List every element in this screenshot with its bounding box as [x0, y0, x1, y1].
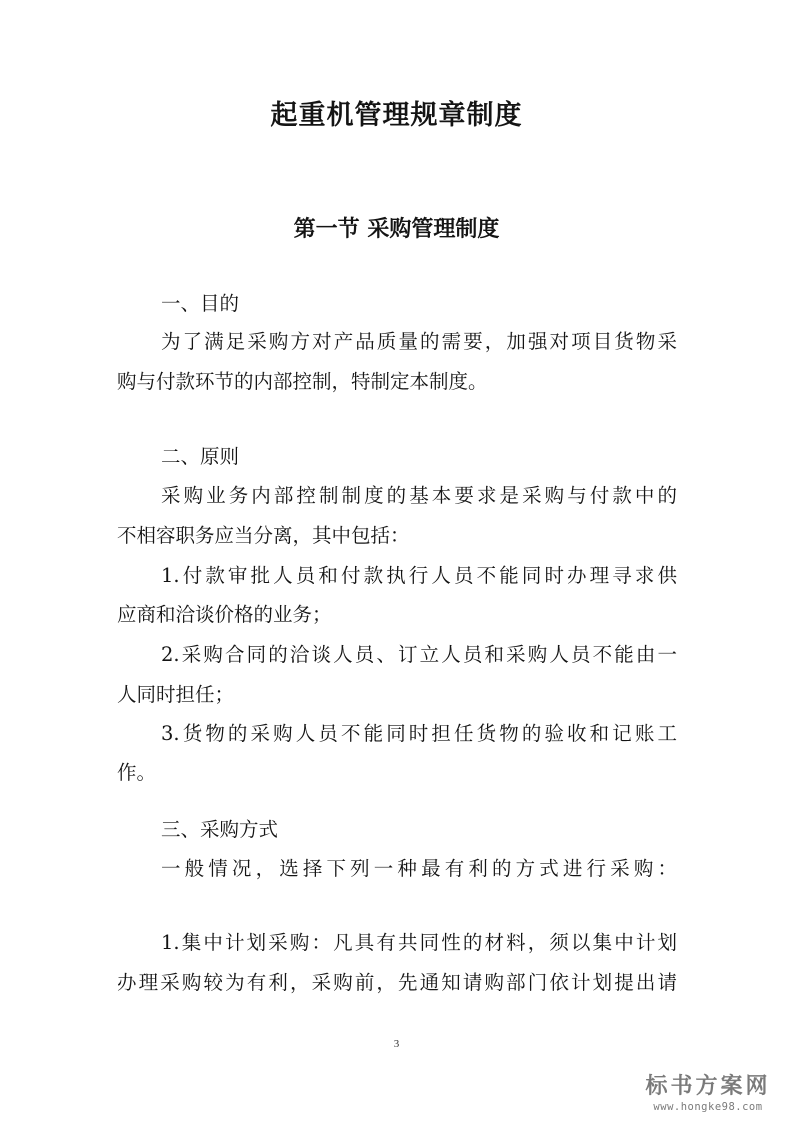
paragraph-line: 一般情况，选择下列一种最有利的方式进行采购： — [161, 854, 677, 884]
paragraph-line: 采购业务内部控制制度的基本要求是采购与付款中的 — [161, 481, 677, 511]
watermark: 标书方案网 www.hongke98.com — [633, 1074, 783, 1114]
list-item-2: 2.采购合同的洽谈人员、订立人员和采购人员不能由一 — [161, 640, 677, 670]
page-number: 3 — [0, 1038, 793, 1050]
watermark-url: www.hongke98.com — [633, 1100, 783, 1114]
paragraph-line: 办理采购较为有利，采购前，先通知请购部门依计划提出请 — [117, 968, 677, 998]
heading-procurement-methods: 三、采购方式 — [161, 815, 721, 845]
heading-purpose: 一、目的 — [161, 289, 721, 319]
section-title: 第一节 采购管理制度 — [0, 212, 793, 248]
paragraph-line: 为了满足采购方对产品质量的需要，加强对项目货物采 — [161, 327, 677, 357]
paragraph-line: 不相容职务应当分离，其中包括： — [117, 521, 677, 551]
list-item-1: 1.集中计划采购：凡具有共同性的材料，须以集中计划 — [161, 928, 677, 958]
paragraph-line: 应商和洽谈价格的业务； — [117, 600, 677, 630]
document-title: 起重机管理规章制度 — [0, 96, 793, 136]
watermark-brand: 标书方案网 — [633, 1074, 783, 1100]
document-page: 起重机管理规章制度 第一节 采购管理制度 一、目的 为了满足采购方对产品质量的需… — [0, 0, 793, 1122]
paragraph-line: 作。 — [117, 758, 677, 788]
list-item-3: 3.货物的采购人员不能同时担任货物的验收和记账工 — [161, 719, 677, 749]
paragraph-line: 购与付款环节的内部控制，特制定本制度。 — [117, 367, 677, 397]
heading-principles: 二、原则 — [161, 442, 721, 472]
paragraph-line: 人同时担任； — [117, 680, 677, 710]
list-item-1: 1.付款审批人员和付款执行人员不能同时办理寻求供 — [161, 561, 677, 591]
